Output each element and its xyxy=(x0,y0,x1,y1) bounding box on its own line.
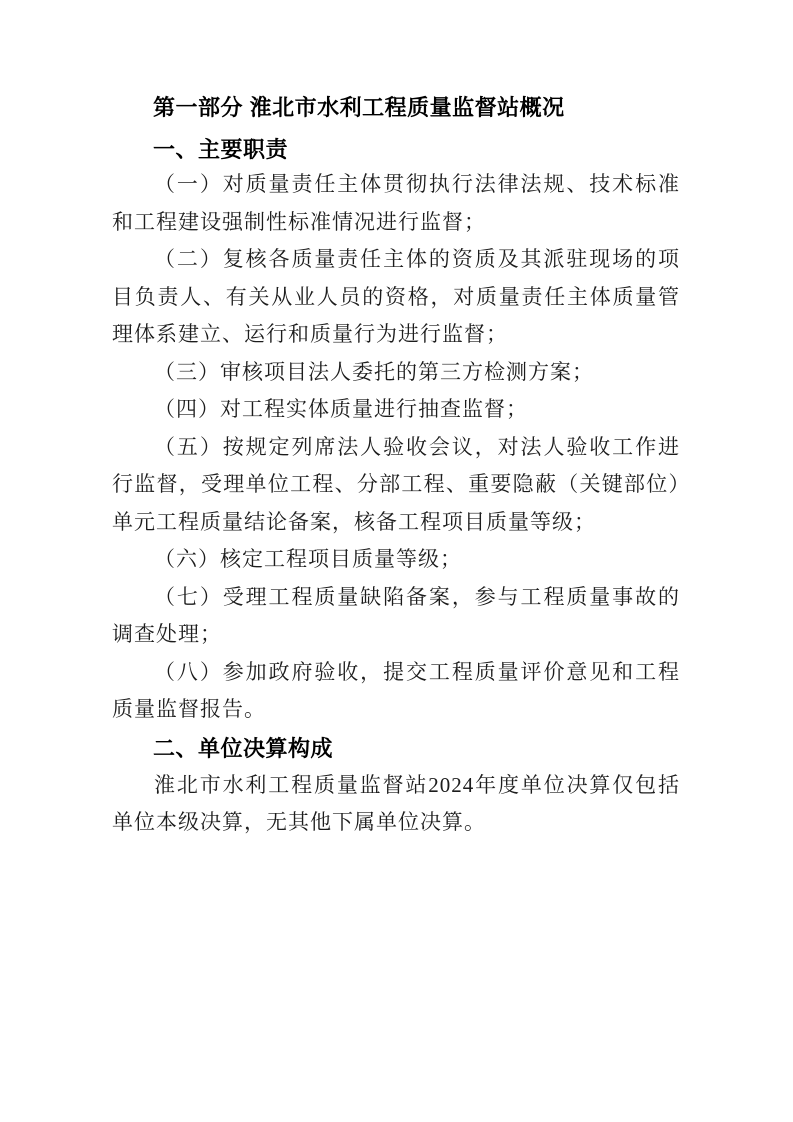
document-content: 第一部分 淮北市水利工程质量监督站概况 一、主要职责 （一）对质量责任主体贯彻执… xyxy=(0,0,793,842)
duty-paragraph-1: （一）对质量责任主体贯彻执行法律法规、技术标准和工程建设强制性标准情况进行监督； xyxy=(112,166,680,241)
duty-paragraph-3: （三）审核项目法人委托的第三方检测方案； xyxy=(112,354,680,392)
duty-paragraph-4: （四）对工程实体质量进行抽查监督； xyxy=(112,391,680,429)
duty-paragraph-2: （二）复核各质量责任主体的资质及其派驻现场的项目负责人、有关从业人员的资格，对质… xyxy=(112,241,680,354)
duty-paragraph-7: （七）受理工程质量缺陷备案，参与工程质量事故的调查处理； xyxy=(112,579,680,654)
budget-composition-paragraph: 淮北市水利工程质量监督站2024年度单位决算仅包括单位本级决算，无其他下属单位决… xyxy=(112,767,680,842)
duty-paragraph-8: （八）参加政府验收，提交工程质量评价意见和工程质量监督报告。 xyxy=(112,654,680,729)
duty-paragraph-5: （五）按规定列席法人验收会议，对法人验收工作进行监督，受理单位工程、分部工程、重… xyxy=(112,429,680,542)
section-heading-budget-composition: 二、单位决算构成 xyxy=(112,733,680,765)
section-heading-main-duties: 一、主要职责 xyxy=(112,134,680,166)
part-title: 第一部分 淮北市水利工程质量监督站概况 xyxy=(112,92,680,124)
duty-paragraph-6: （六）核定工程项目质量等级； xyxy=(112,541,680,579)
document-page: 第一部分 淮北市水利工程质量监督站概况 一、主要职责 （一）对质量责任主体贯彻执… xyxy=(0,0,793,1122)
